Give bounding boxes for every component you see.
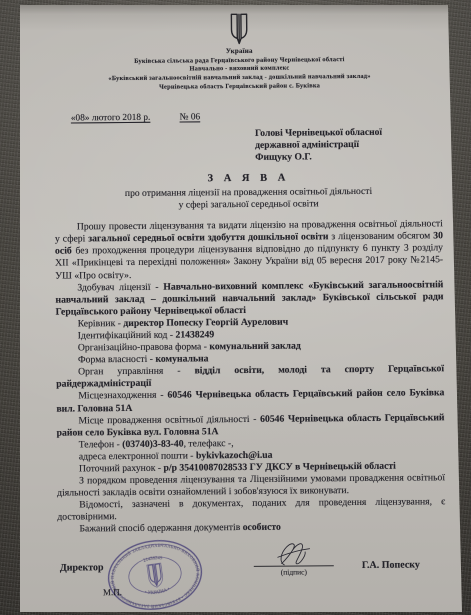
field-label: Місце провадження освітньої діяльності -: [78, 413, 260, 426]
field-value: 21438249: [175, 329, 214, 340]
document-title: З А Я В А: [54, 171, 442, 185]
stamp-trident-icon: [147, 563, 164, 588]
document-page: Україна Буківська сільська рада Герцаївс…: [20, 5, 462, 612]
paragraph-activity-place: Місце провадження освітньої діяльності -…: [56, 412, 444, 440]
signature-area: (підпис): [251, 540, 337, 577]
field-value: особисто: [243, 522, 281, 533]
paragraph-request: Прошу провести ліцензування та видати лі…: [55, 218, 444, 282]
paragraph-applicant: Здобувач ліцензії - Навчально-виховний к…: [55, 279, 443, 319]
signer-name: Г.А. Попеску: [362, 559, 420, 571]
field-label: Бажаний спосіб одержання документів: [79, 522, 242, 534]
field-label: адреса електронної пошти -: [79, 450, 196, 462]
field-value: р/р 35410087028533 ГУ ДКСУ в Чернівецькі…: [163, 461, 395, 474]
text-run: з ліцензованим обсягом: [328, 231, 433, 243]
field-value: комунальний заклад: [209, 341, 300, 353]
scanned-document-photo: Україна Буківська сільська рада Герцаївс…: [0, 0, 471, 615]
paragraph-terms: З порядком проведення ліцензування та Лі…: [57, 472, 445, 500]
field-label: Організаційно-правова форма -: [78, 341, 210, 353]
letterhead: Україна Буківська сільська рада Герцаївс…: [18, 45, 460, 93]
document-subtitle: про отримання ліцензії на провадження ос…: [54, 185, 442, 212]
field-value: bykivkazoch@i.ua: [196, 450, 273, 462]
stamp-ring-text: НАВЧАЛЬНО-ВИХОВНИЙ КОМПЛЕКС • БУКІВСЬКИЙ…: [99, 529, 205, 615]
document-body: Прошу провести ліцензування та видати лі…: [55, 218, 446, 536]
field-label: Телефон -: [79, 439, 123, 450]
document-number: № 06: [180, 112, 201, 122]
subtitle-line: у сфері загальної середньої освіти: [55, 197, 443, 212]
field-label: Орган управління -: [78, 366, 195, 378]
field-label: Здобувач ліцензії -: [77, 281, 163, 293]
field-value: директор Попеску Георгій Аурелович: [123, 316, 288, 328]
document-date: «08» лютого 2018 р.: [71, 112, 151, 123]
addressee-line: Фищуку О.Г.: [255, 150, 442, 164]
addressee-block: Голові Чернівецької обласної державної а…: [255, 126, 442, 164]
paragraph-truthful: Відомості, зазначені в документах, подан…: [57, 497, 445, 525]
paragraph-location: Місцезнаходження - 60546 Чернівецька обл…: [56, 388, 444, 416]
official-round-stamp: НАВЧАЛЬНО-ВИХОВНИЙ КОМПЛЕКС • БУКІВСЬКИЙ…: [99, 529, 211, 615]
paragraph-delivery: Бажаний спосіб одержання документів особ…: [57, 521, 445, 536]
field-label: Форма власності -: [78, 354, 156, 366]
signer-position: Директор: [60, 562, 104, 573]
field-label: Керівник -: [78, 318, 124, 329]
stamp-code-text: 21438249: [143, 555, 164, 564]
stamp-country-text: • УКРАЇНА •: [144, 587, 172, 598]
text-run: , телефакс -,: [184, 438, 234, 449]
field-value: (03740)3-83-40: [122, 438, 183, 450]
field-label: Поточний рахунок -: [79, 463, 164, 475]
field-value: комунальна: [155, 353, 208, 364]
text-run: без проходження процедури ліцензування в…: [55, 243, 443, 282]
reference-line: «08» лютого 2018 р. № 06: [71, 110, 442, 123]
signature-caption: (підпис): [251, 567, 337, 577]
field-label: Місцезнаходження -: [78, 390, 167, 402]
ukraine-trident-emblem-icon: [227, 13, 251, 46]
field-label: Ідентифікаційний код -: [78, 330, 176, 342]
